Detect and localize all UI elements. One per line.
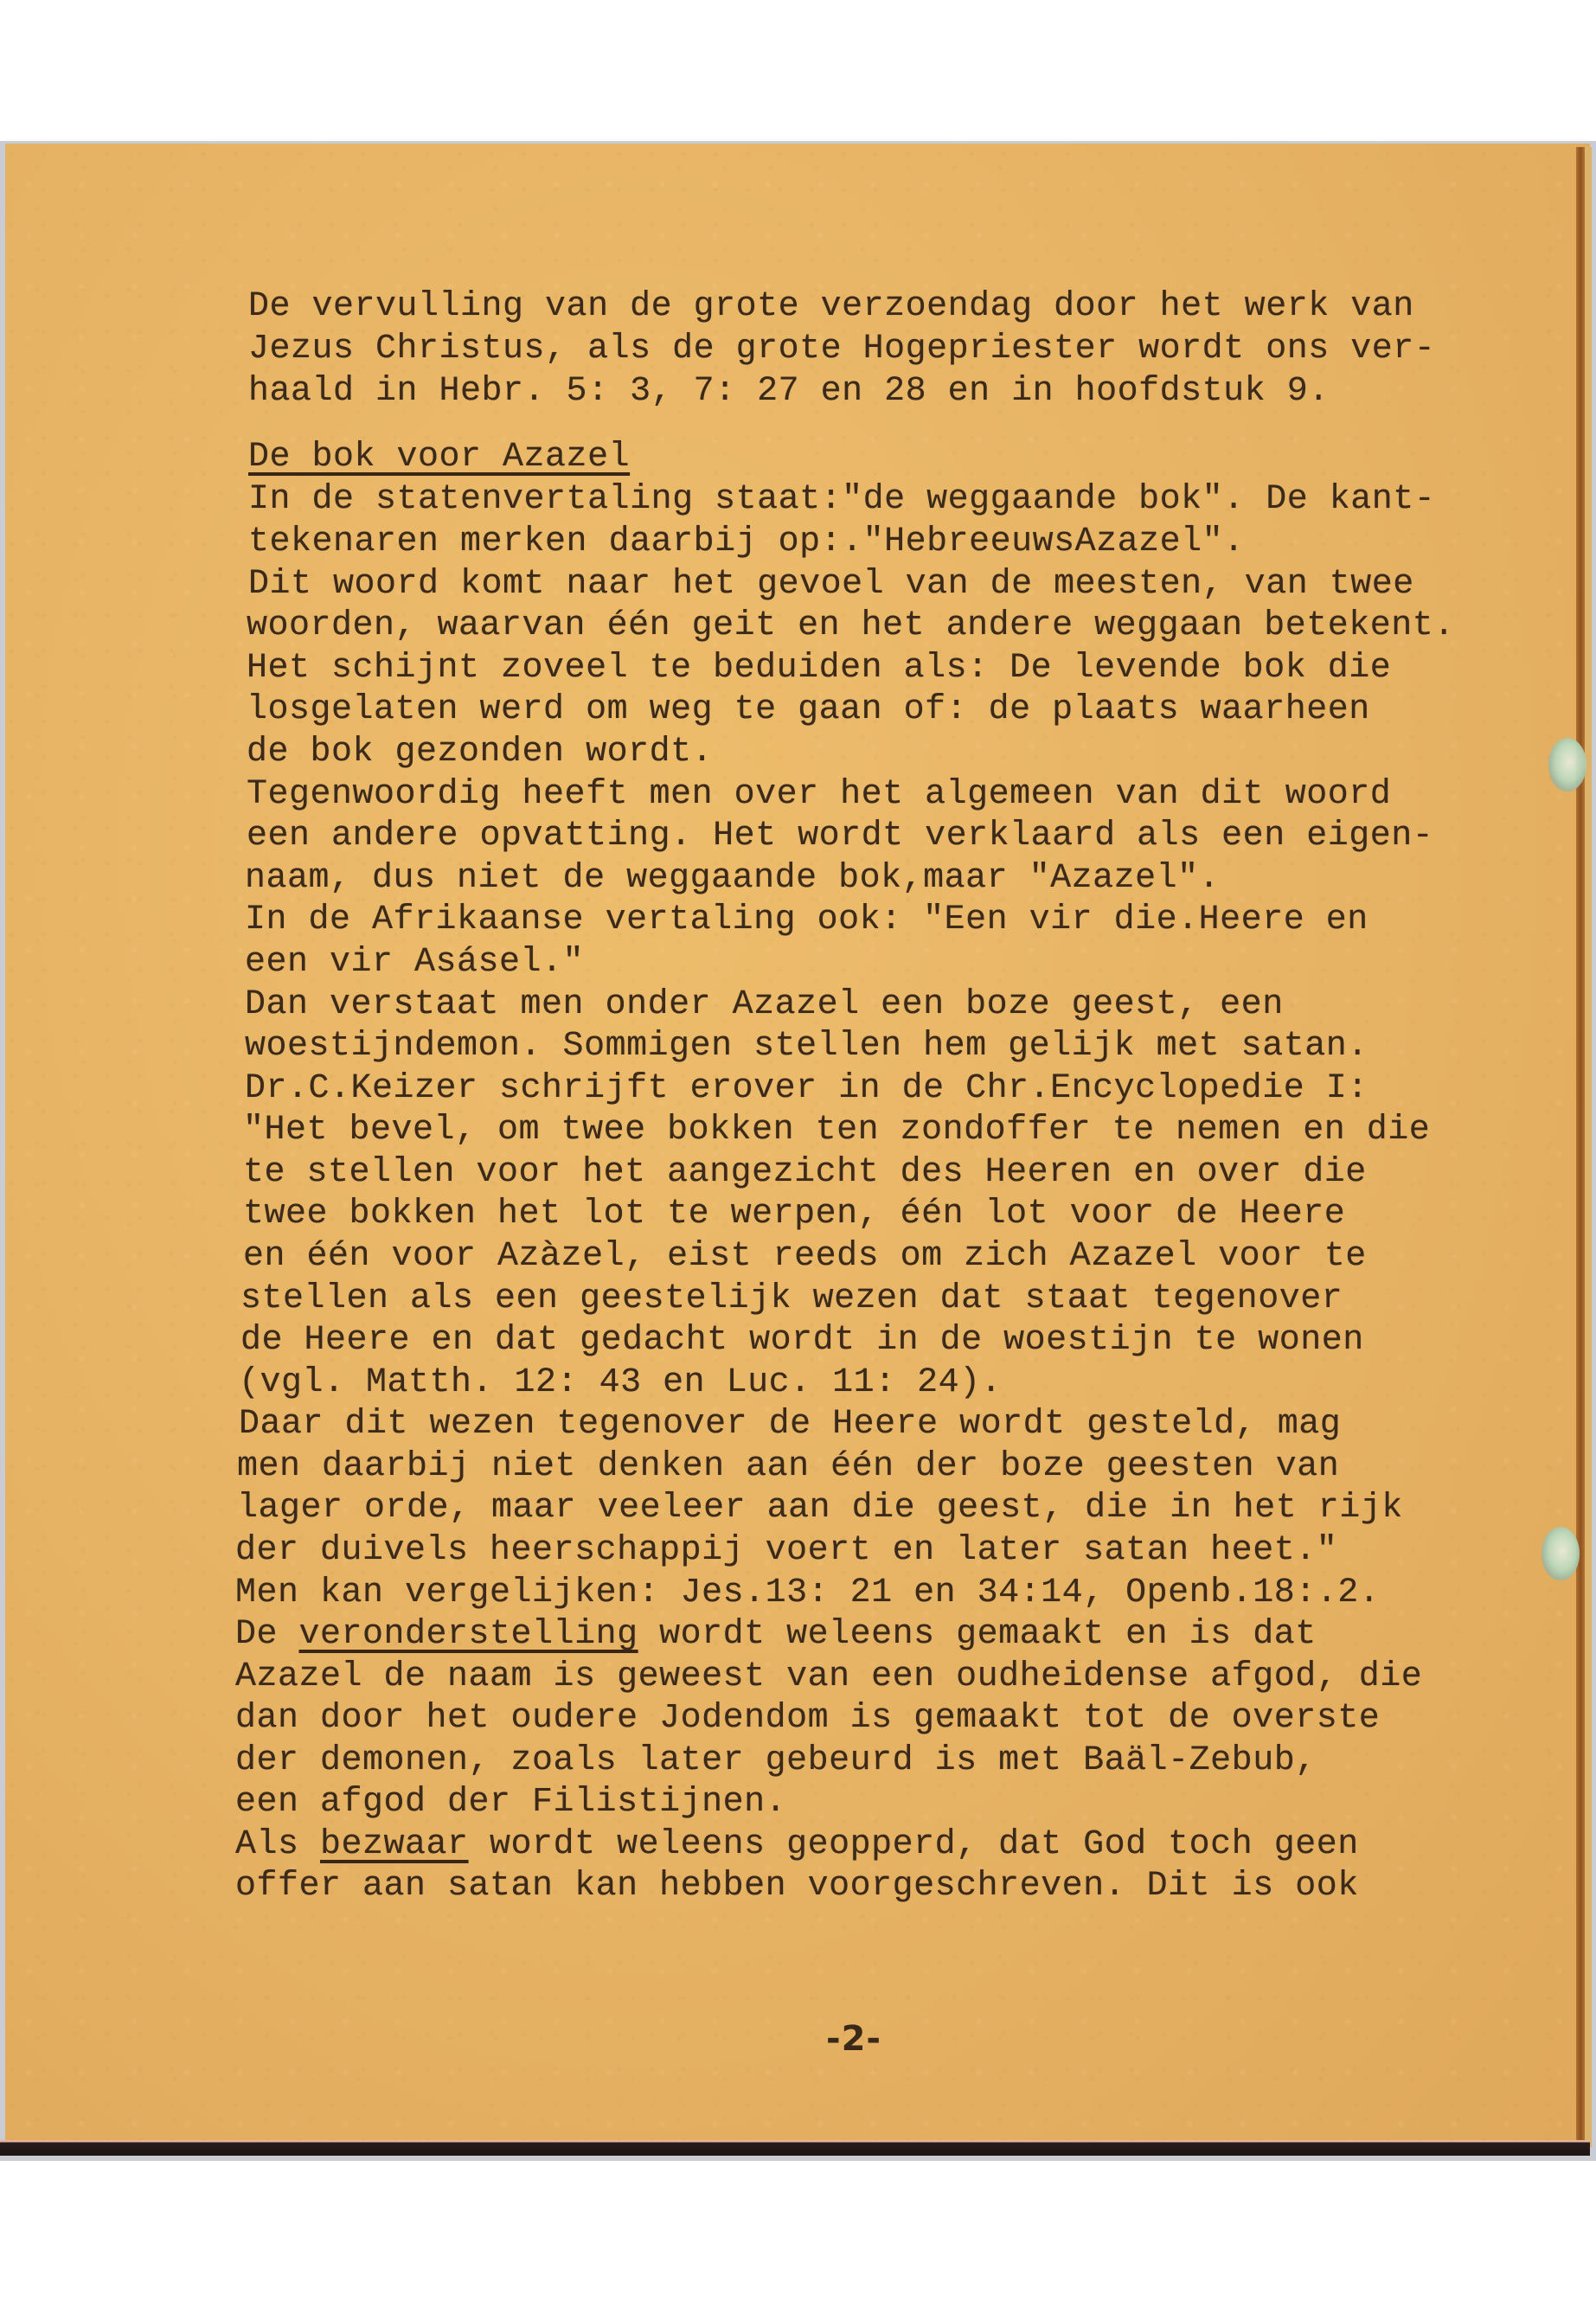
text-line: dan door het oudere Jodendom is gemaakt …	[235, 1698, 1380, 1740]
text-line: Men kan vergelijken: Jes.13: 21 en 34:14…	[235, 1573, 1380, 1614]
text-line: Dit woord komt naar het gevoel van de me…	[248, 564, 1414, 606]
text-line: "Het bevel, om twee bokken ten zondoffer…	[243, 1110, 1430, 1151]
text-line: woestijndemon. Sommigen stellen hem geli…	[245, 1026, 1368, 1067]
text-line: offer aan satan kan hebben voorgeschreve…	[235, 1866, 1359, 1907]
text-line: de Heere en dat gedacht wordt in de woes…	[240, 1320, 1364, 1362]
text-line: losgelaten werd om weg te gaan of: de pl…	[247, 689, 1370, 731]
text-line: der demonen, zoals later gebeurd is met …	[235, 1740, 1317, 1782]
text-span: wordt weleens gemaakt en is dat	[638, 1615, 1317, 1654]
text-line: De vervulling van de grote verzoendag do…	[248, 286, 1414, 328]
text-line: In de statenvertaling staat:"de weggaand…	[248, 479, 1435, 521]
text-line: Daar dit wezen tegenover de Heere wordt …	[239, 1404, 1341, 1445]
underlined-term: bezwaar	[320, 1825, 469, 1864]
text-line: een vir Asásel."	[245, 942, 584, 984]
text-line: haald in Hebr. 5: 3, 7: 27 en 28 en in h…	[248, 371, 1330, 413]
text-line: men daarbij niet denken aan één der boze…	[237, 1446, 1339, 1488]
text-line: (vgl. Matth. 12: 43 en Luc. 11: 24).	[239, 1362, 1002, 1404]
text-line: In de Afrikaanse vertaling ook: "Een vir…	[245, 900, 1368, 941]
text-line: Dr.C.Keizer schrijft erover in de Chr.En…	[245, 1068, 1368, 1110]
section-heading: De bok voor Azazel	[248, 437, 630, 478]
text-line: te stellen voor het aangezicht des Heere…	[243, 1152, 1367, 1194]
text-line: Dan verstaat men onder Azazel een boze g…	[245, 984, 1284, 1026]
text-line: en één voor Azàzel, eist reeds om zich A…	[243, 1236, 1367, 1278]
text-line: de bok gezonden wordt.	[247, 732, 713, 773]
text-line: De veronderstelling wordt weleens gemaak…	[235, 1614, 1317, 1656]
text-line: een afgod der Filistijnen.	[235, 1782, 786, 1823]
text-line: Als bezwaar wordt weleens geopperd, dat …	[235, 1824, 1359, 1866]
text-line: tekenaren merken daarbij op:."HebreeuwsA…	[248, 522, 1245, 563]
text-line: woorden, waarvan één geit en het andere …	[247, 606, 1455, 647]
text-line: Het schijnt zoveel te beduiden als: De l…	[247, 648, 1391, 689]
underlined-term: veronderstelling	[299, 1615, 638, 1654]
text-span: Als	[235, 1825, 320, 1864]
text-line: stellen als een geestelijk wezen dat sta…	[240, 1279, 1343, 1320]
text-line: twee bokken het lot te werpen, één lot v…	[243, 1194, 1345, 1235]
text-line: naam, dus niet de weggaande bok,maar "Az…	[245, 858, 1220, 900]
text-line: Jezus Christus, als de grote Hogeprieste…	[248, 329, 1435, 370]
text-span: wordt weleens geopperd, dat God toch gee…	[469, 1825, 1359, 1864]
text-line: der duivels heerschappij voert en later …	[235, 1530, 1337, 1572]
text-line: Azazel de naam is geweest van een oudhei…	[235, 1657, 1422, 1698]
text-line: een andere opvatting. Het wordt verklaar…	[247, 816, 1433, 857]
typewritten-text: De vervulling van de grote verzoendag do…	[0, 0, 1596, 2301]
page-number: -2-	[826, 2019, 881, 2059]
text-span: De	[235, 1615, 299, 1654]
text-line: Tegenwoordig heeft men over het algemeen…	[247, 774, 1391, 816]
text-line: lager orde, maar veeleer aan die geest, …	[237, 1488, 1403, 1529]
